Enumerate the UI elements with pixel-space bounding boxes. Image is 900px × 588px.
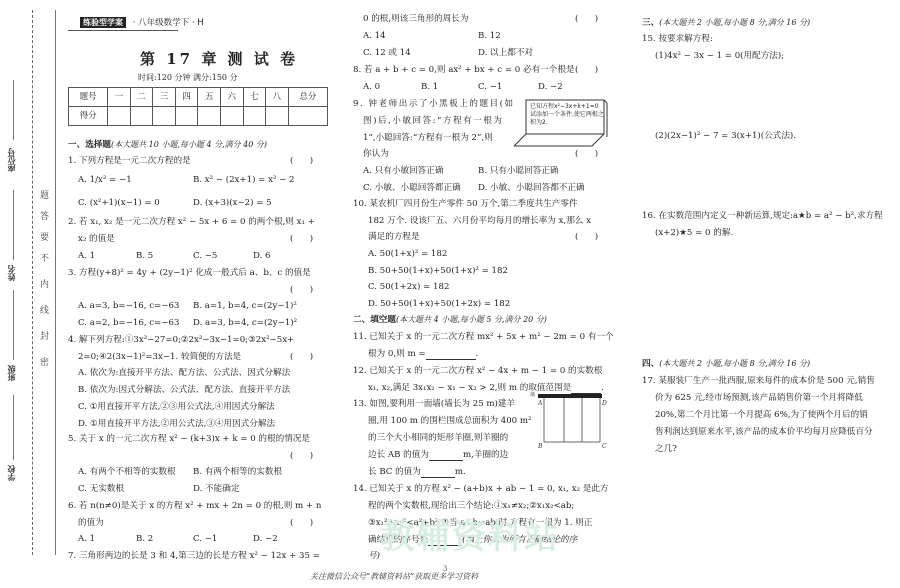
seal-char: 封 [40,333,49,342]
score-input-cell[interactable] [243,107,266,126]
score-cell: 六 [221,88,244,107]
q17-line-5: 之几? [655,445,677,454]
score-cell: 七 [243,88,266,107]
q6-option-d: D. −2 [253,535,278,544]
score-input-cell[interactable] [221,107,244,126]
score-input-cell[interactable] [198,107,221,126]
footer-note: 关注微信公众号“教辅资料站”获取更多学习资料 [310,573,478,581]
score-cell: 八 [266,88,289,107]
header-subtitle: · 八年级数学下 · H [133,18,204,28]
school-field[interactable] [13,395,14,460]
q7-option-d: D. 以上都不对 [478,49,533,58]
section-title: 二、填空题 [353,315,396,325]
q6-stem-cont: 的值为 [78,519,104,528]
q2-option-a: A. 1 [78,252,95,261]
score-cell: 五 [198,88,221,107]
score-cell: 一 [108,88,131,107]
q10-line-1: 10. 某农机厂四月份生产零件 50 万个,第二季度共生产零件 [353,200,578,209]
score-input-cell[interactable] [108,107,131,126]
score-table: 题号 一 二 三 四 五 六 七 八 总分 得分 [68,87,328,126]
binding-margin: 座位号 姓名 班级 学校 题 答 要 不 内 线 封 密 [0,0,62,588]
fig-label-a: A [537,400,543,407]
q14-line-5: 号) [368,552,380,561]
blackboard-text: 已知方程x²−3x+k+1=0 试添加一个条件,使它两根之积为2. [530,103,604,127]
q5-option-a: A. 有两个不相等的实数根 [78,468,176,477]
q10-option-d: D. 50+50(1+x)+50(1+2x) = 182 [368,300,510,309]
section-title: 三、 [642,18,659,28]
section-note: (本大题共 2 小题,每小题 8 分,满分 16 分) [659,359,810,368]
q13-bc-blank[interactable] [421,468,455,478]
q9-option-d: D. 小敏、小聪回答都不正确 [478,184,585,193]
q2-stem: 2. 若 x₁, x₂ 是一元二次方程 x² − 5x + 6 = 0 的两个根… [68,218,315,227]
score-cell: 得分 [69,107,108,126]
section-note: (本大题共 2 小题,每小题 8 分,满分 16 分) [659,18,810,27]
q17-line-3: 20%,第二个月比第一个月提高 6%,为了使两个月后的销 [655,411,868,420]
q2-option-b: B. 5 [136,252,153,261]
q3-option-b: B. a=1, b=4, c=(2y−1)² [193,302,297,311]
name-field[interactable] [13,190,14,260]
q3-option-a: A. a=3, b=−16, c=−63 [78,302,179,311]
q8-option-c: C. −1 [478,83,502,92]
q13-line-4: 边长 AB 的值为 m,羊圈的边 [368,451,508,461]
answer-bracket[interactable]: ( ) [290,286,313,295]
seal-char: 要 [40,234,49,243]
q15-part-2: (2)(2x−1)² − 7 = 3(x+1)(公式法). [655,132,796,141]
q9-line-4: 你认为 [363,150,389,159]
q10-line-3: 满足的方程是 [368,233,420,242]
brand-logo: 练验型学案 [80,17,126,28]
seal-char: 题 [40,192,49,201]
q4-option-d: D. ①用直接开平方法,②用公式法,③④用因式分解法 [78,420,275,429]
q6-stem: 6. 若 n(n≠0)是关于 x 的方程 x² + mx + 2n = 0 的根… [68,502,321,511]
q17-answer-area[interactable] [655,458,885,568]
answer-bracket[interactable]: ( ) [290,519,313,528]
class-label: 班级 [8,365,16,381]
q8-option-b: B. 1 [421,83,438,92]
q2-option-c: C. −5 [193,252,217,261]
q17-line-2: 价为 625 元,经市场预测,该产品销售价第一个月将降低 [655,394,863,403]
name-label: 姓名 [8,265,16,281]
q14-line-1: 14. 已知关于 x 的方程 x² − (a+b)x + ab − 1 = 0,… [353,485,609,494]
fig-label-d: D [601,400,607,407]
score-cell: 二 [130,88,153,107]
q15-stem: 15. 按要求解方程: [642,35,713,44]
section-title: 一、选择题 [68,140,111,150]
q1-option-c: C. (x²+1)(x−1) = 0 [78,199,160,208]
score-cell: 三 [153,88,176,107]
answer-bracket[interactable]: ( ) [290,452,313,461]
q10-line-2: 182 万个. 设该厂五、六月份平均每月的增长率为 x,那么 x [368,217,591,226]
q15-part-2-answer-area[interactable] [655,145,885,205]
q9-option-a: A. 只有小敏回答正确 [363,167,443,176]
q3-stem: 3. 方程(y+8)² = 4y + (2y−1)² 化成一般式后 a、b、c … [68,269,311,278]
q5-option-b: B. 有两个相等的实数根 [193,468,282,477]
fig-label-wall: 墙 [530,391,535,398]
q11-text: 根为 0,则 m = [368,349,426,359]
class-field[interactable] [13,290,14,360]
section-2-heading: 二、填空题(本大题共 4 小题,每小题 5 分,满分 20 分) [353,316,547,325]
score-input-cell[interactable] [175,107,198,126]
header-rule [68,30,178,31]
section-title: 四、 [642,359,659,369]
answer-bracket[interactable]: ( ) [290,353,313,362]
score-input-cell[interactable] [288,107,327,126]
q6-option-c: C. −1 [193,535,217,544]
q3-option-d: D. a=3, b=4, c=(2y−1)² [193,319,297,328]
q8-option-a: A. 0 [363,83,380,92]
answer-bracket[interactable]: ( ) [575,233,598,242]
header-brand-line: 练验型学案 · 八年级数学下 · H [80,19,204,28]
exam-meta: 时间:120 分钟 满分:150 分 [138,74,238,82]
q7-option-b: B. 12 [478,32,501,41]
q6-option-b: B. 2 [136,535,153,544]
q10-option-b: B. 50+50(1+x)+50(1+x)² = 182 [368,267,508,276]
answer-bracket[interactable]: ( ) [575,15,598,24]
q10-option-c: C. 50(1+2x) = 182 [368,283,449,292]
q10-option-a: A. 50(1+x)² = 182 [368,250,447,259]
fig-label-c: C [602,443,607,448]
q4-option-b: B. 依次为:因式分解法、公式法、配方法、直接开平方法 [78,386,290,395]
q16-answer-area[interactable] [655,243,885,353]
q17-line-1: 17. 某服装厂生产一批西服,原来每件的成本价是 500 元,销售 [642,377,875,386]
q9-line-1: 9. 钟老师出示了小黑板上的题目(如 [353,100,515,109]
score-table-header-row: 题号 一 二 三 四 五 六 七 八 总分 [69,88,328,107]
q13-line-5: 长 BC 的值为 m. [368,468,466,478]
q11-line-1: 11. 已知关于 x 的一元二次方程 mx² + 5x + m² − 2m = … [353,333,614,342]
seat-number-label: 座位号 [8,148,16,172]
q1-option-a: A. 1/x² = −1 [78,176,132,185]
seat-number-field[interactable] [13,80,14,140]
q13-ab-blank[interactable] [429,451,463,461]
q9-option-b: B. 只有小聪回答正确 [478,167,559,176]
score-cell: 总分 [288,88,327,107]
q14-line-2: 程的两个实数根,现给出三个结论:①x₁≠x₂;②x₁x₂<ab; [368,502,574,511]
q8-option-d: D. −2 [538,83,563,92]
q13-text: 长 BC 的值为 [368,467,421,477]
q6-option-a: A. 1 [78,535,95,544]
score-input-cell[interactable] [153,107,176,126]
q7-stem: 7. 三角形两边的长是 3 和 4,第三边的长是方程 x² − 12x + 35… [68,552,320,561]
q4-option-c: C. ①用直接开平方法,②③用公式法,④用因式分解法 [78,403,275,412]
q11-line-2: 根为 0,则 m = . [368,350,478,360]
q4-stem: 4. 解下列方程:①3x²−27=0;②2x²−3x−1=0;③2x²−5x+ [68,336,294,345]
score-input-cell[interactable] [130,107,153,126]
answer-bracket[interactable]: ( ) [290,235,313,244]
q3-option-c: C. a=2, b=−16, c=−63 [78,319,179,328]
q7-option-c: C. 12 或 14 [363,49,411,58]
q15-part-1-answer-area[interactable] [655,65,885,127]
q17-line-4: 售利润达到原来水平,该产品的成本价平均每月应降低百分 [655,428,873,437]
watermark: 教辅资料站 [380,520,560,554]
q7-option-a: A. 14 [363,32,386,41]
page-border [55,10,56,555]
page-title: 第 17 章 测 试 卷 [140,52,298,67]
answer-bracket[interactable]: ( ) [575,66,598,75]
seal-char: 内 [40,281,49,290]
q2-option-d: D. 6 [253,252,271,261]
seal-char: 线 [40,307,49,316]
q1-option-d: D. (x+3)(x−2) = 5 [193,199,272,208]
q7-stem-cont: 0 的根,则该三角形的周长为 [363,15,468,24]
q13-end: m. [455,467,466,477]
section-note: (本大题共 10 小题,每小题 4 分,满分 40 分) [111,140,267,149]
q12-line-1: 12. 已知关于 x 的一元二次方程 x² − 4x + m − 1 = 0 的… [353,367,602,376]
fig-label-b: B [537,443,543,448]
section-1-heading: 一、选择题(本大题共 10 小题,每小题 4 分,满分 40 分) [68,141,267,150]
section-3-heading: 三、(本大题共 2 小题,每小题 8 分,满分 16 分) [642,19,810,28]
q9-line-2: 图)后,小敏回答:“方程有一根为 [363,117,504,126]
section-4-heading: 四、(本大题共 2 小题,每小题 8 分,满分 16 分) [642,360,810,369]
answer-bracket[interactable]: ( ) [290,157,313,166]
seal-char: 密 [40,359,49,368]
score-cell: 四 [175,88,198,107]
seal-char: 答 [40,213,49,222]
school-label: 学校 [8,465,16,481]
q9-option-c: C. 小敏、小聪回答都正确 [363,184,461,193]
section-note: (本大题共 4 小题,每小题 5 分,满分 20 分) [396,315,547,324]
cut-line [32,10,33,555]
q13-text: 边长 AB 的值为 [368,450,429,460]
q11-end: . [476,349,479,359]
q1-stem: 1. 下列方程是一元二次方程的是 [68,157,191,166]
q16-line-1: 16. 在实数范围内定义一种新运算,规定:a★b = a² − b²,求方程 [642,212,883,221]
q1-option-b: B. x² − (2x+1) = x² − 2 [193,176,295,185]
q4-stem-cont: 2=0;④2(3x−1)²=3x−1. 较简便的方法是 [78,353,241,362]
q4-option-a: A. 依次为:直接开平方法、配方法、公式法、因式分解法 [78,369,290,378]
q15-part-1: (1)4x² − 3x − 1 = 0(用配方法); [655,52,784,61]
answer-bracket[interactable]: ( ) [575,150,598,159]
q13-line-1: 13. 如图,要利用一面墙(墙长为 25 m)建羊 [353,400,515,409]
q5-stem: 5. 关于 x 的一元二次方程 x² − (k+3)x + k = 0 的根的情… [68,435,310,444]
q13-line-3: 的三个大小相同的矩形羊圈,则羊圈的 [368,434,508,443]
q13-text-cont: m,羊圈的边 [463,450,508,460]
q11-answer-blank[interactable] [426,350,476,360]
seal-char: 不 [40,255,49,264]
score-input-cell[interactable] [266,107,289,126]
score-table-score-row: 得分 [69,107,328,126]
q2-stem-cont: x₂ 的值是 [78,235,115,244]
q9-line-3: 1”,小聪回答:“方程有一根为 2”,则 [363,134,493,143]
q5-option-d: D. 不能确定 [193,485,239,494]
q8-stem: 8. 若 a + b + c = 0,则 ax² + bx + c = 0 必有… [353,66,575,75]
q5-option-c: C. 无实数根 [78,485,124,494]
score-cell: 题号 [69,88,108,107]
sheep-pen-figure: 墙 A D B C [530,388,610,448]
q16-line-2: (x+2)★5 = 0 的解. [655,229,733,238]
q13-line-2: 圈,用 100 m 的围栏围成总面积为 400 m² [368,417,531,426]
